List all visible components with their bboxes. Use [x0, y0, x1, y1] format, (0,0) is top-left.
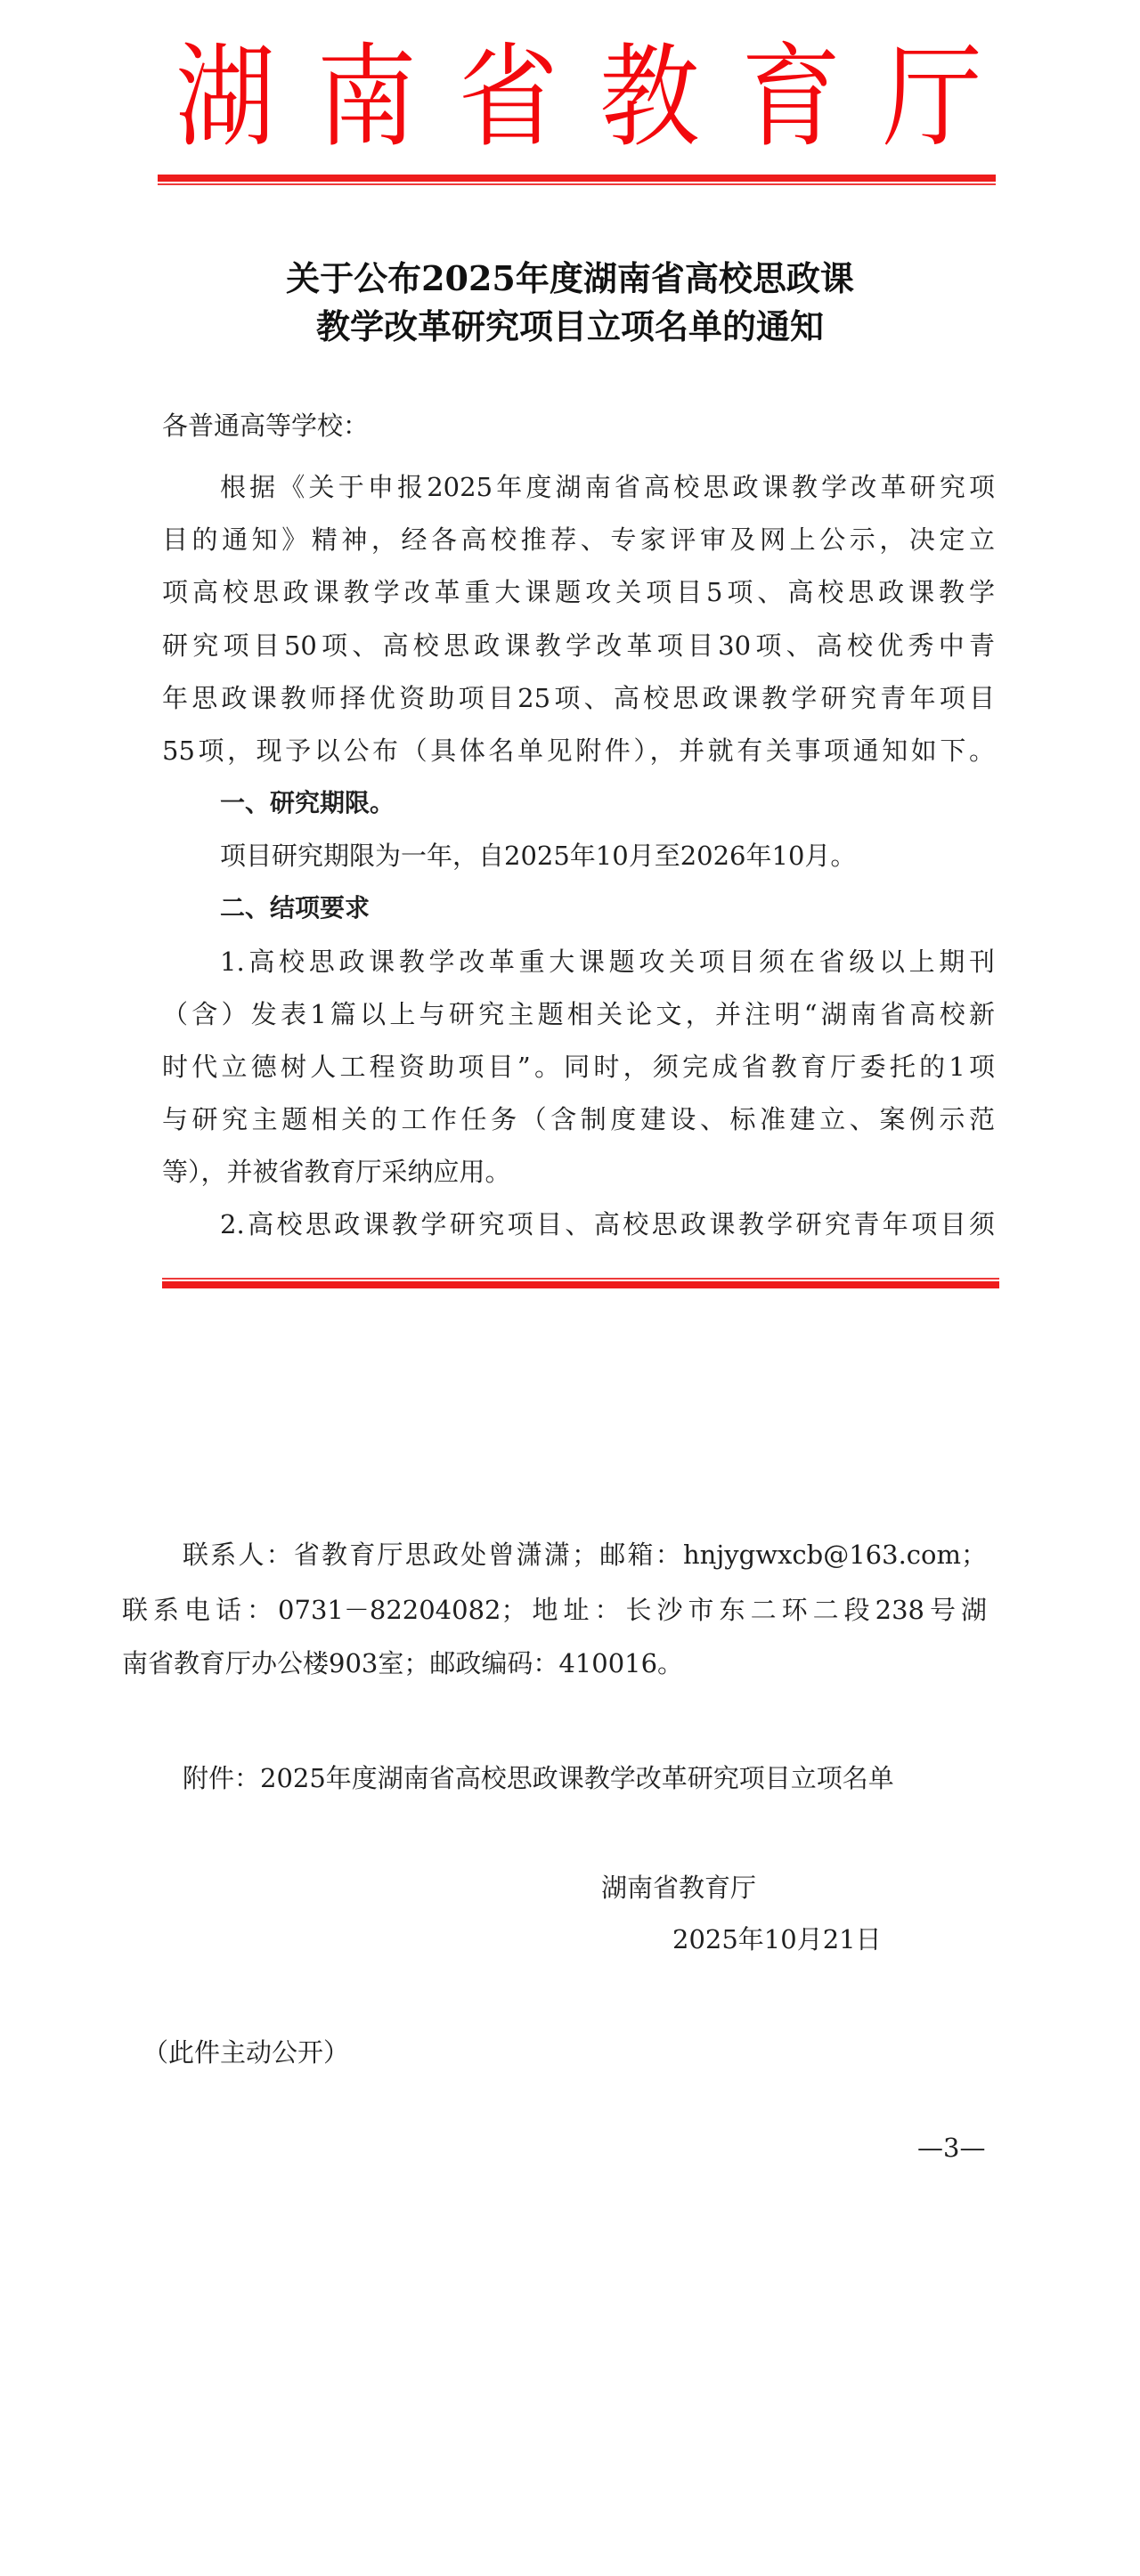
- page-number: —3—: [917, 2130, 985, 2166]
- section-heading-completion-requirements: 二、结项要求: [220, 890, 370, 926]
- letterhead-rule-thick: [158, 175, 996, 182]
- intro-line: 研究项目50项、高校思政课教学改革项目30项、高校优秀中青: [162, 628, 995, 663]
- requirement-1-line: （含）发表1篇以上与研究主题相关论文，并注明“湖南省高校新: [162, 996, 995, 1032]
- page-divider-thin: [162, 1278, 999, 1280]
- requirement-1-line: 时代立德树人工程资助项目”。同时，须完成省教育厅委托的1项: [162, 1049, 995, 1085]
- intro-line: 项高校思政课教学改革重大课题攻关项目5项、高校思政课教学: [162, 574, 995, 610]
- section-heading-research-period: 一、研究期限。: [220, 785, 395, 821]
- section-text-research-period: 项目研究期限为一年，自2025年10月至2026年10月。: [220, 838, 856, 874]
- letterhead-char: 厅: [883, 42, 982, 153]
- requirement-1-line: 1.高校思政课教学改革重大课题攻关项目须在省级以上期刊: [220, 944, 995, 979]
- requirement-1-line: 与研究主题相关的工作任务（含制度建设、标准建立、案例示范: [162, 1101, 995, 1137]
- signature-date: 2025年10月21日: [672, 1922, 882, 1957]
- page-divider-thick: [162, 1281, 999, 1288]
- salutation: 各普通高等学校：: [162, 408, 369, 443]
- letterhead-char: 湖: [175, 42, 275, 153]
- intro-line: 根据《关于申报2025年度湖南省高校思政课教学改革研究项: [220, 469, 995, 505]
- document-title-line-2: 教学改革研究项目立项名单的通知: [0, 299, 1140, 348]
- intro-line: 55项，现予以公布（具体名单见附件），并就有关事项通知如下。: [162, 733, 995, 768]
- contact-line: 南省教育厅办公楼903室；邮政编码：410016。: [122, 1646, 683, 1681]
- contact-line: 联系人：省教育厅思政处曾潇潇；邮箱：hnjygwxcb@163.com；: [183, 1537, 987, 1572]
- letterhead: 湖 南 省 教 育 厅: [158, 36, 1000, 160]
- letterhead-char: 育: [741, 42, 841, 153]
- letterhead-char: 教: [599, 42, 699, 153]
- attachment-note: 附件：2025年度湖南省高校思政课教学改革研究项目立项名单: [183, 1760, 894, 1796]
- letterhead-char: 省: [459, 42, 558, 153]
- letterhead-char: 南: [317, 42, 417, 153]
- requirement-2-line: 2.高校思政课教学研究项目、高校思政课教学研究青年项目须: [220, 1207, 995, 1242]
- contact-line: 联系电话：0731－82204082；地址：长沙市东二环二段238号湖: [122, 1592, 987, 1628]
- intro-line: 目的通知》精神，经各高校推荐、专家评审及网上公示，决定立: [162, 522, 995, 557]
- letterhead-rule-thin: [158, 183, 996, 185]
- signature-org: 湖南省教育厅: [601, 1870, 756, 1906]
- disclosure-note: （此件主动公开）: [142, 2035, 349, 2070]
- requirement-1-line: 等），并被省教育厅采纳应用。: [162, 1154, 511, 1190]
- document-title-line-1: 关于公布2025年度湖南省高校思政课: [0, 251, 1140, 300]
- intro-line: 年思政课教师择优资助项目25项、高校思政课教学研究青年项目: [162, 680, 995, 716]
